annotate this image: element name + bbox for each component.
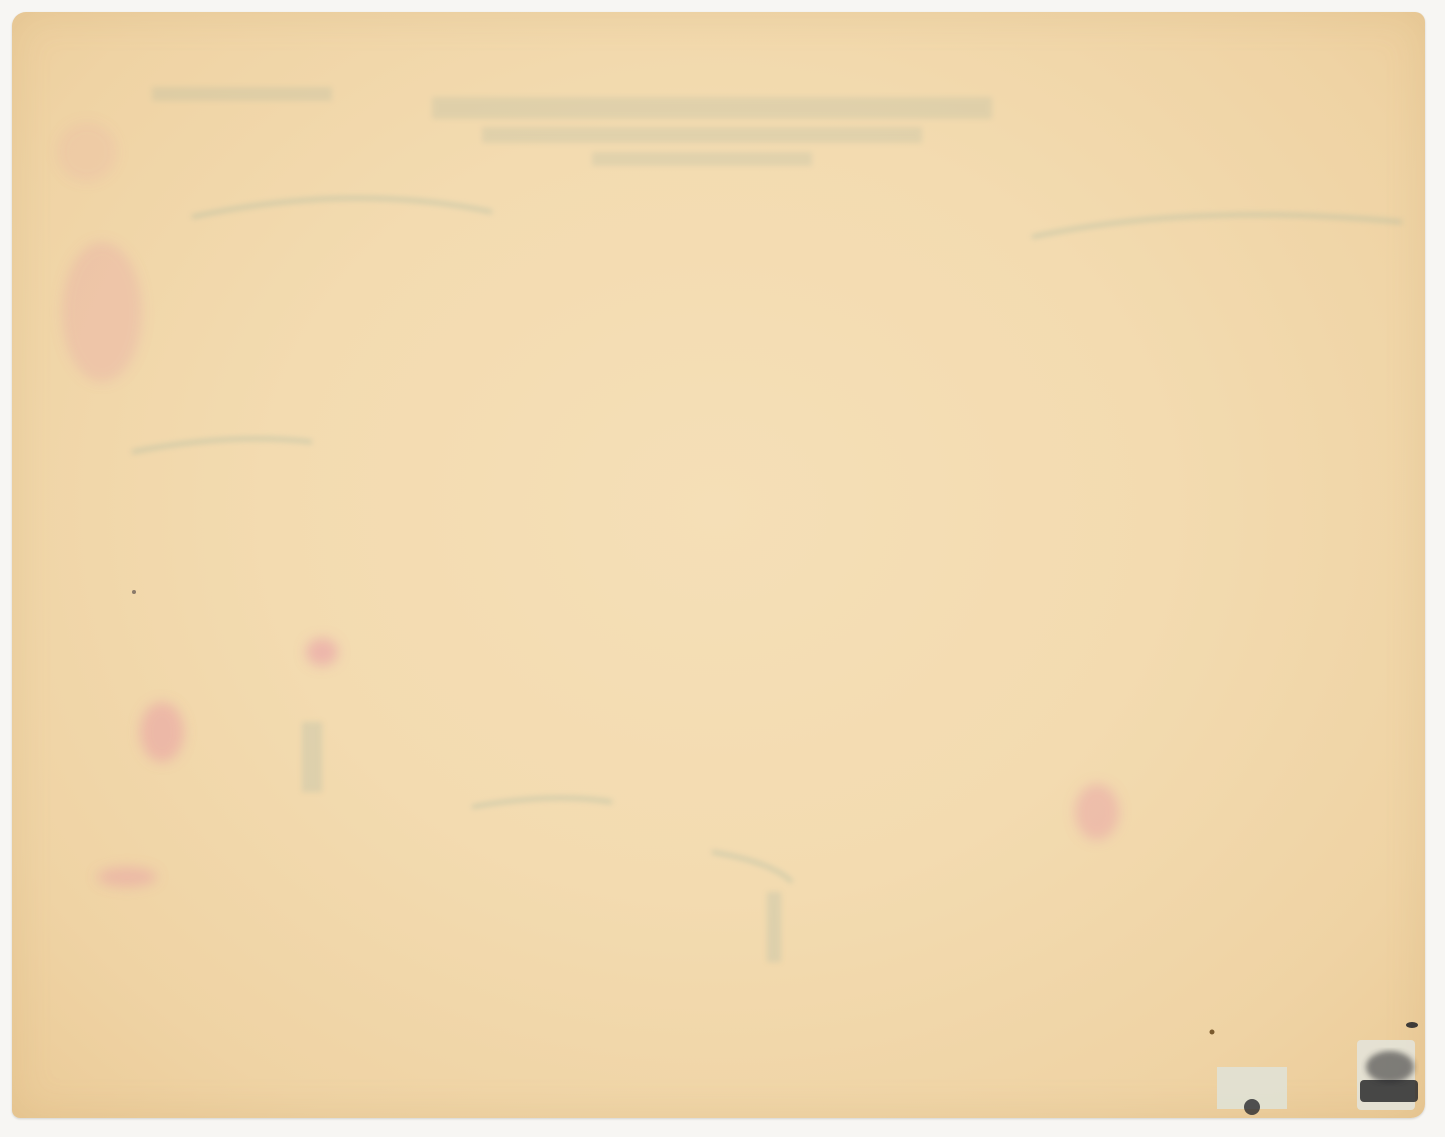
bleed-through-marks [12,12,1425,1118]
green-streaks [302,722,781,962]
pink-stains [57,122,1119,887]
green-arcs [132,198,1402,882]
top-bleed-text [152,87,992,166]
dark-ink-marks [132,590,1418,1115]
aged-paper-card [12,12,1425,1118]
